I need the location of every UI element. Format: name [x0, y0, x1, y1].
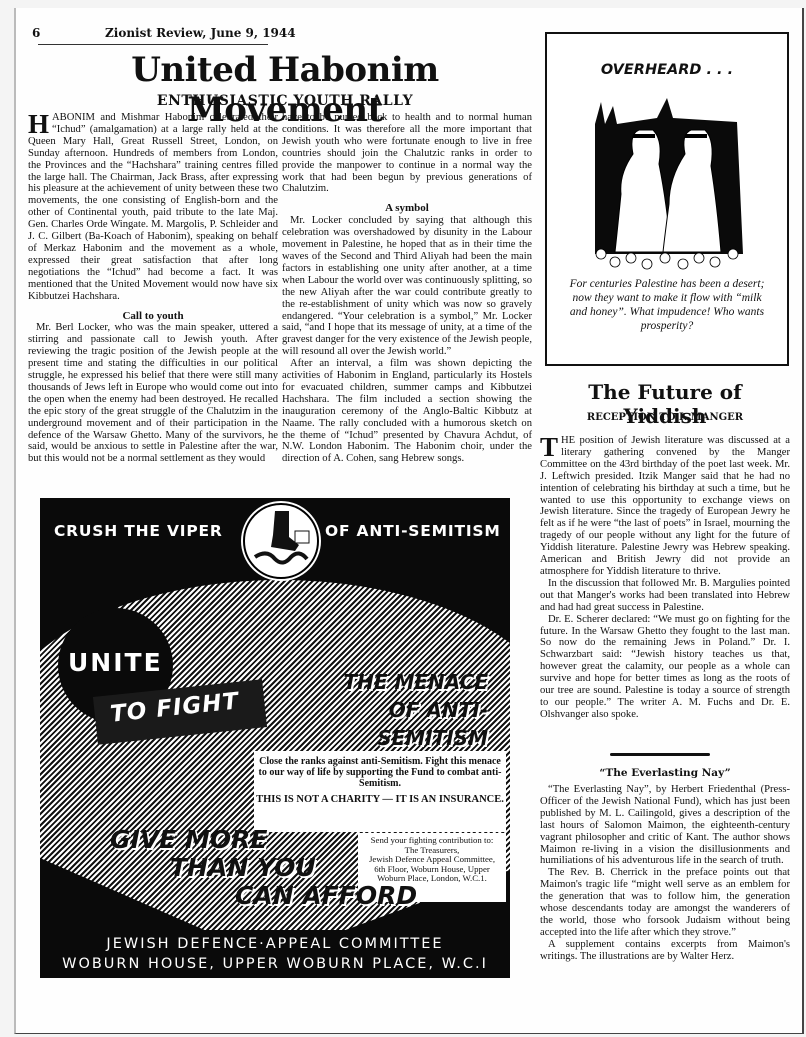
give-line-3: CAN AFFORD — [235, 882, 417, 910]
ad-headline-left: CRUSH THE VIPER — [54, 522, 223, 540]
nay-paragraph: The Rev. B. Cherrick in the preface poin… — [540, 867, 790, 938]
habonim-column-1: HABONIM and Mishmar Habonim celebrated t… — [28, 112, 278, 465]
dropcap: H — [28, 113, 49, 135]
masthead: Zionist Review, June 9, 1944 — [105, 26, 296, 40]
habonim-paragraph: Mr. Locker concluded by saying that alth… — [282, 215, 532, 358]
menace-text: THE MENACE OF ANTI-SEMITISM — [298, 668, 488, 752]
page-number: 6 — [32, 26, 40, 40]
yiddish-paragraph: In the discussion that followed Mr. B. M… — [540, 578, 790, 614]
anti-semitism-appeal-advertisement: CRUSH THE VIPER OF ANTI-SEMITISM UNITE T… — [40, 498, 510, 978]
masthead-rule — [38, 44, 268, 45]
boot-crushing-snake-icon — [243, 503, 319, 579]
ad-insurance-line: THIS IS NOT A CHARITY — IT IS AN INSURAN… — [254, 794, 506, 805]
yiddish-subhead: RECEPTION TO I. MANGER — [545, 412, 785, 423]
cartoon-box: OVERHEARD . . . For centuries Palestine … — [545, 32, 789, 366]
robed-figures-illustration — [587, 94, 747, 274]
give-more-text: GIVE MORE THAN YOU CAN AFFORD — [110, 826, 417, 910]
give-line-1: GIVE MORE — [110, 826, 417, 854]
habonim-paragraph: have to be nursed back to health and to … — [282, 112, 532, 195]
nay-paragraph: “The Everlasting Nay”, by Herbert Friede… — [540, 784, 790, 867]
section-heading: Call to youth — [28, 311, 278, 323]
habonim-column-2: have to be nursed back to health and to … — [282, 112, 532, 465]
cartoon-title: OVERHEARD . . . — [547, 62, 787, 78]
habonim-paragraph: ABONIM and Mishmar Habonim celebrated th… — [28, 112, 278, 302]
section-heading: A symbol — [282, 203, 532, 215]
nay-paragraph: A supplement contains excerpts from Maim… — [540, 939, 790, 963]
dropcap: T — [540, 436, 558, 458]
ad-message-box: Close the ranks against anti-Semitism. F… — [254, 751, 506, 832]
habonim-subhead: ENTHUSIASTIC YOUTH RALLY — [30, 93, 540, 109]
unite-text: UNITE — [68, 648, 163, 677]
ad-footer-committee: JEWISH DEFENCE·APPEAL COMMITTEE — [40, 936, 510, 952]
yiddish-column: THE position of Jewish literature was di… — [540, 435, 790, 721]
yiddish-paragraph: Dr. E. Scherer declared: “We must go on … — [540, 614, 790, 721]
menace-line-2: OF ANTI-SEMITISM — [298, 696, 488, 752]
habonim-paragraph: Mr. Berl Locker, who was the main speake… — [28, 322, 278, 465]
section-divider — [610, 753, 710, 756]
everlasting-nay-headline: “The Everlasting Nay” — [540, 767, 790, 779]
habonim-paragraph: After an interval, a film was shown depi… — [282, 358, 532, 465]
ad-message: Close the ranks against anti-Semitism. F… — [254, 756, 506, 789]
give-line-2: THAN YOU — [170, 854, 417, 882]
menace-line-1: THE MENACE — [298, 668, 488, 696]
yiddish-paragraph: HE position of Jewish literature was dis… — [540, 435, 790, 577]
everlasting-nay-column: “The Everlasting Nay”, by Herbert Friede… — [540, 784, 790, 963]
cartoon-caption: For centuries Palestine has been a deser… — [569, 277, 765, 333]
ad-headline-right: OF ANTI-SEMITISM — [325, 522, 501, 540]
ad-footer-address: WOBURN HOUSE, UPPER WOBURN PLACE, W.C.I — [40, 956, 510, 972]
